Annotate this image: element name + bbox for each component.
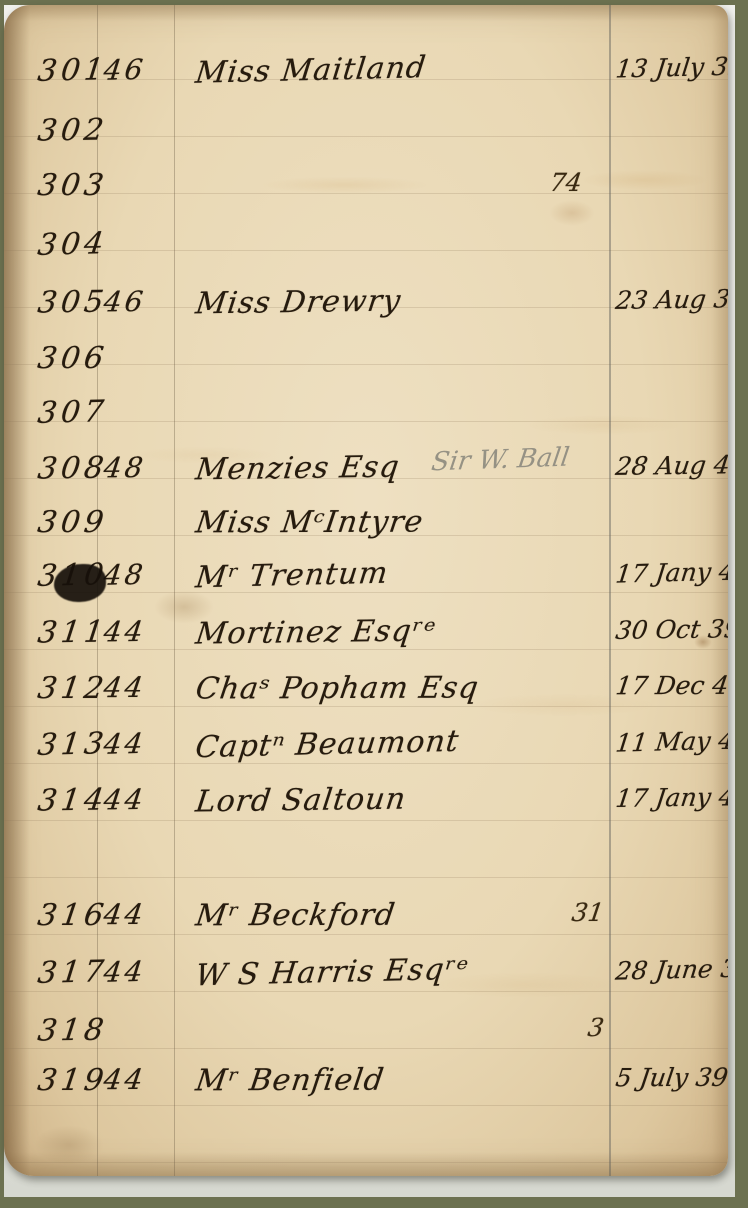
entry-number: 316 [36, 898, 111, 933]
entry-number: 313 [36, 726, 110, 763]
entry-number: 308 [36, 451, 111, 487]
entry-size: 44 [102, 614, 180, 648]
entry-date: 17 Jany 45 [614, 556, 728, 588]
entry-size: 44 [102, 726, 180, 761]
column-rule-size [174, 5, 175, 1176]
entry-size: 46 [102, 52, 180, 87]
entry-number: 302 [36, 113, 111, 149]
entry-pencil-note: Sir W. Ball [430, 443, 572, 478]
entry-name: Miss MᶜIntyre [194, 505, 426, 541]
entry-number: 303 [36, 168, 111, 203]
entry-number: 317 [36, 954, 110, 991]
entry-date: 28 June 39 [614, 953, 728, 985]
entry-date: 30 Oct 39 [614, 614, 728, 645]
entry-date: 11 May 40 [614, 725, 728, 757]
column-rule-date [609, 5, 611, 1176]
entry-name: Chaˢ Popham Esq [194, 671, 482, 707]
entry-name: Menzies Esq [194, 450, 402, 488]
entry-number: 309 [36, 505, 111, 540]
scanner-background: 30146Miss Maitland13 July 39302303743043… [4, 5, 735, 1197]
entry-name: Mʳ Trentum [194, 556, 391, 596]
entry-size: 44 [102, 954, 180, 989]
entry-number: 306 [36, 341, 111, 376]
scan-frame: 30146Miss Maitland13 July 39302303743043… [0, 0, 748, 1208]
entry-number: 305 [36, 285, 111, 321]
entry-mid-note: 3 [586, 1013, 606, 1042]
entry-name: Miss Maitland [194, 50, 429, 91]
entry-date: 17 Jany 40 [614, 782, 728, 813]
entry-date: 5 July 39 [614, 1063, 728, 1092]
entry-date: 23 Aug 39 [614, 284, 728, 315]
entry-name: Lord Saltoun [194, 782, 409, 820]
entry-number: 311 [36, 615, 111, 651]
entry-number: 314 [36, 783, 111, 819]
entry-size: 48 [102, 557, 180, 592]
entry-name: Mortinez Esqʳᵉ [194, 613, 439, 651]
entry-name: Mʳ Benfield [194, 1063, 387, 1099]
ink-blot [54, 564, 106, 602]
entry-name: Captⁿ Beaumont [194, 724, 462, 765]
entry-size: 44 [102, 671, 181, 704]
stain [34, 1125, 104, 1165]
entry-number: 307 [36, 394, 110, 431]
ledger-page: 30146Miss Maitland13 July 39302303743043… [4, 5, 728, 1176]
entry-date: 13 July 39 [614, 51, 728, 83]
entry-size: 46 [102, 284, 180, 318]
entry-number: 312 [36, 671, 111, 706]
entry-size: 44 [102, 782, 180, 816]
entry-number: 301 [36, 52, 110, 89]
entry-date: 28 Aug 46 [614, 450, 728, 481]
entry-size: 44 [102, 1063, 181, 1096]
entry-number: 319 [36, 1063, 111, 1098]
entry-size: 44 [102, 898, 181, 931]
entry-name: Mʳ Beckford [194, 898, 398, 934]
entry-number: 304 [36, 226, 110, 263]
entry-number: 318 [36, 1013, 111, 1049]
entry-date: 17 Dec 40 [614, 671, 728, 700]
entry-size: 48 [102, 450, 180, 484]
entry-mid-note: 31 [570, 898, 606, 927]
entry-mid-note: 74 [548, 168, 584, 197]
entry-name: Miss Drewry [194, 284, 404, 322]
entry-name: W S Harris Esqʳᵉ [194, 952, 471, 994]
stain [549, 200, 595, 226]
